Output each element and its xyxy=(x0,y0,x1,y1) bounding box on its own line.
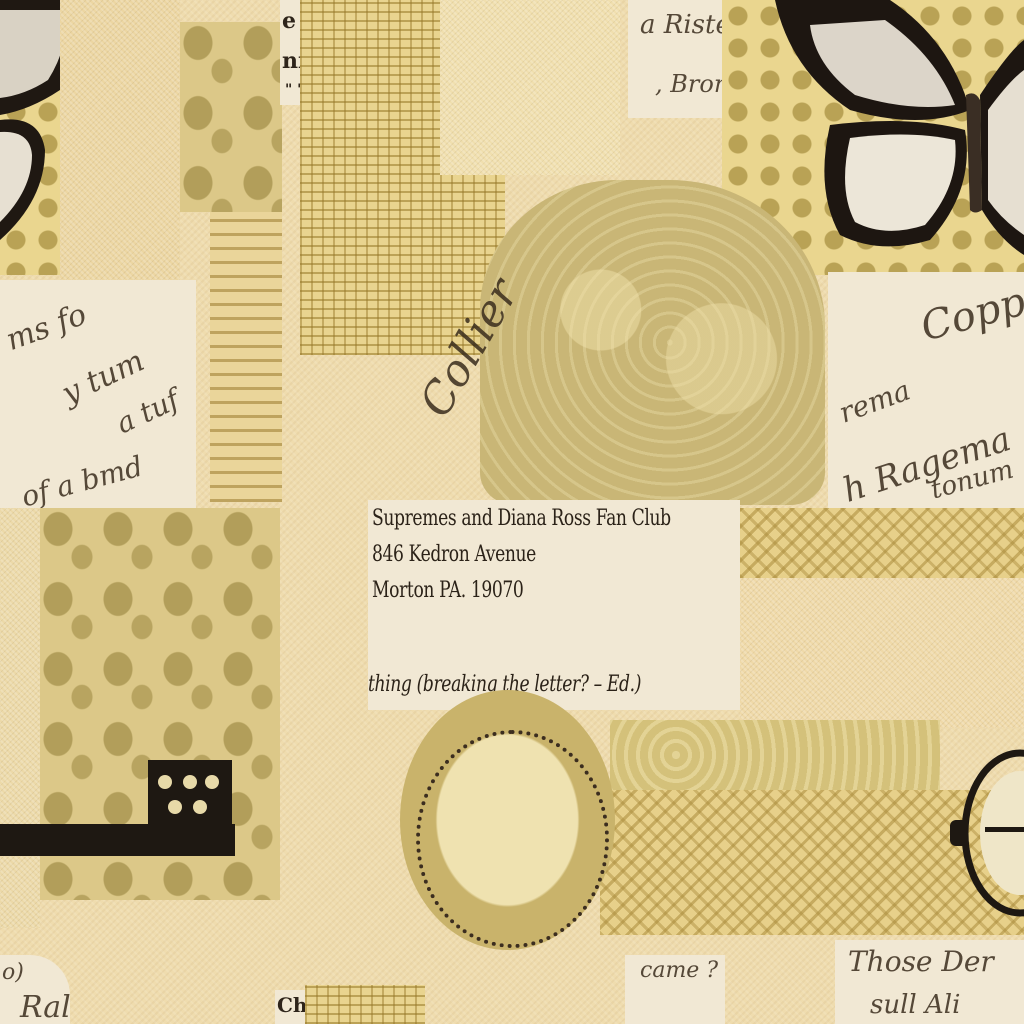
address-label: Supremes and Diana Ross Fan Club 846 Ked… xyxy=(368,500,740,710)
script-text: came ? xyxy=(640,958,718,983)
script-text: Ral xyxy=(20,990,71,1024)
herringbone-patch xyxy=(440,0,620,175)
address-line: Morton PA. 19070 xyxy=(372,574,523,608)
fabric-patch xyxy=(740,578,1024,728)
lace-medallion-patch xyxy=(480,180,825,505)
fabric-collage: e ne ning " " a Riste , Bron Collier ms … xyxy=(0,0,1024,1024)
damask-patch xyxy=(180,22,282,212)
script-text: sull Ali xyxy=(870,990,960,1020)
chevron-band xyxy=(740,508,1024,578)
lace-strip xyxy=(610,720,940,790)
fabric-patch xyxy=(0,508,40,928)
locket-beaded-rim xyxy=(416,730,609,948)
script-text: o) xyxy=(2,960,24,985)
address-line: 846 Kedron Avenue xyxy=(372,538,536,572)
script-text: a Riste xyxy=(640,10,731,40)
script-text: Those Der xyxy=(848,945,994,978)
pocket-watch-icon xyxy=(950,745,1024,920)
address-line: Supremes and Diana Ross Fan Club xyxy=(372,502,671,536)
grid-weave-patch xyxy=(305,985,425,1024)
skeleton-key-icon xyxy=(0,752,240,862)
grid-weave-patch xyxy=(300,0,440,355)
script-text: , Bron xyxy=(655,70,729,98)
fabric-patch xyxy=(60,0,180,280)
zigzag-patch xyxy=(210,212,282,502)
newsprint-text: Ch xyxy=(277,993,307,1017)
butterfly-top-right-icon xyxy=(770,0,1024,255)
